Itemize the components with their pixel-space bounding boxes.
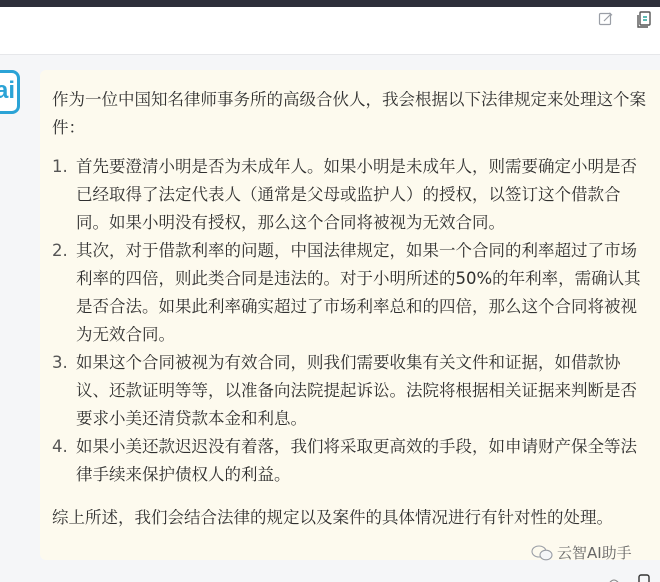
- list-text: 如果小美还款迟迟没有着落，我们将采取更高效的手段，如申请财产保全等法律手续来保护…: [76, 437, 637, 484]
- list-item: 3. 如果这个合同被视为有效合同，则我们需要收集有关文件和证据，如借款协议、还款…: [52, 349, 650, 433]
- list-number: 4.: [52, 433, 68, 461]
- wechat-icon: [531, 545, 553, 561]
- message-summary: 综上所述，我们会结合法律的规定以及案件的具体情况进行有针对性的处理。: [52, 504, 660, 532]
- list-number: 3.: [52, 349, 68, 377]
- top-bar: [0, 0, 660, 7]
- list-number: 2.: [52, 237, 68, 265]
- assistant-message: 作为一位中国知名律师事务所的高级合伙人，我会根据以下法律规定来处理这个案件： 1…: [40, 70, 660, 560]
- chat-header: [0, 7, 660, 55]
- list-item: 2. 其次，对于借款利率的问题，中国法律规定，如果一个合同的利率超过了市场利率的…: [52, 237, 650, 349]
- list-text: 首先要澄清小明是否为未成年人。如果小明是未成年人，则需要确定小明是否已经取得了法…: [76, 157, 637, 232]
- list-item: 4. 如果小美还款迟迟没有着落，我们将采取更高效的手段，如申请财产保全等法律手续…: [52, 433, 650, 489]
- edit-icon[interactable]: [598, 11, 616, 29]
- copy-icon[interactable]: [636, 572, 652, 582]
- message-list: 1. 首先要澄清小明是否为未成年人。如果小明是未成年人，则需要确定小明是否已经取…: [52, 153, 660, 489]
- list-text: 其次，对于借款利率的问题，中国法律规定，如果一个合同的利率超过了市场利率的四倍，…: [76, 241, 641, 344]
- watermark-text: 云智AI助手: [557, 542, 632, 563]
- list-item: 1. 首先要澄清小明是否为未成年人。如果小明是未成年人，则需要确定小明是否已经取…: [52, 153, 650, 237]
- copy-icon[interactable]: [637, 11, 655, 29]
- watermark: 云智AI助手: [531, 542, 632, 563]
- like-icon[interactable]: [606, 572, 622, 582]
- list-number: 1.: [52, 153, 68, 181]
- list-text: 如果这个合同被视为有效合同，则我们需要收集有关文件和证据，如借款协议、还款证明等…: [76, 353, 637, 428]
- message-intro: 作为一位中国知名律师事务所的高级合伙人，我会根据以下法律规定来处理这个案件：: [52, 86, 652, 142]
- ai-avatar: ai: [0, 70, 20, 114]
